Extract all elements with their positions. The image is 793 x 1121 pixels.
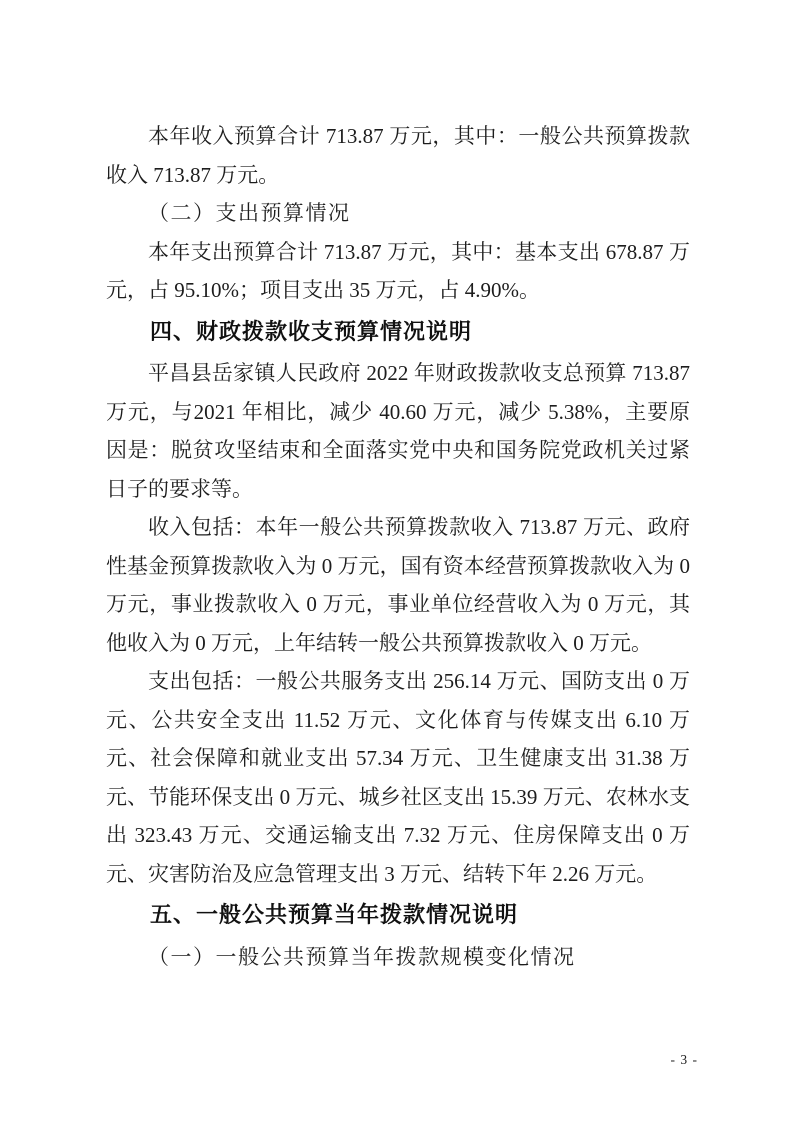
paragraph-income-detail: 收入包括：本年一般公共预算拨款收入 713.87 万元、政府性基金预算拨款收入为…: [106, 508, 690, 662]
page-number: - 3 -: [671, 1052, 699, 1068]
section-heading-4-fiscal-appropriation: 四、财政拨款收支预算情况说明: [106, 313, 690, 352]
document-page: 本年收入预算合计 713.87 万元，其中：一般公共预算拨款收入 713.87 …: [0, 0, 793, 1121]
paragraph-section4-overview: 平昌县岳家镇人民政府 2022 年财政拨款收支总预算 713.87 万元，与20…: [106, 354, 690, 508]
subheading-appropriation-scale-change: （一）一般公共预算当年拨款规模变化情况: [106, 938, 690, 977]
subheading-expenditure-budget: （二）支出预算情况: [106, 194, 690, 233]
document-content: 本年收入预算合计 713.87 万元，其中：一般公共预算拨款收入 713.87 …: [106, 117, 690, 976]
paragraph-expenditure-summary: 本年支出预算合计 713.87 万元，其中：基本支出 678.87 万元，占 9…: [106, 233, 690, 310]
paragraph-expenditure-detail: 支出包括：一般公共服务支出 256.14 万元、国防支出 0 万元、公共安全支出…: [106, 662, 690, 893]
paragraph-income-summary: 本年收入预算合计 713.87 万元，其中：一般公共预算拨款收入 713.87 …: [106, 117, 690, 194]
section-heading-5-general-public-budget: 五、一般公共预算当年拨款情况说明: [106, 896, 690, 935]
